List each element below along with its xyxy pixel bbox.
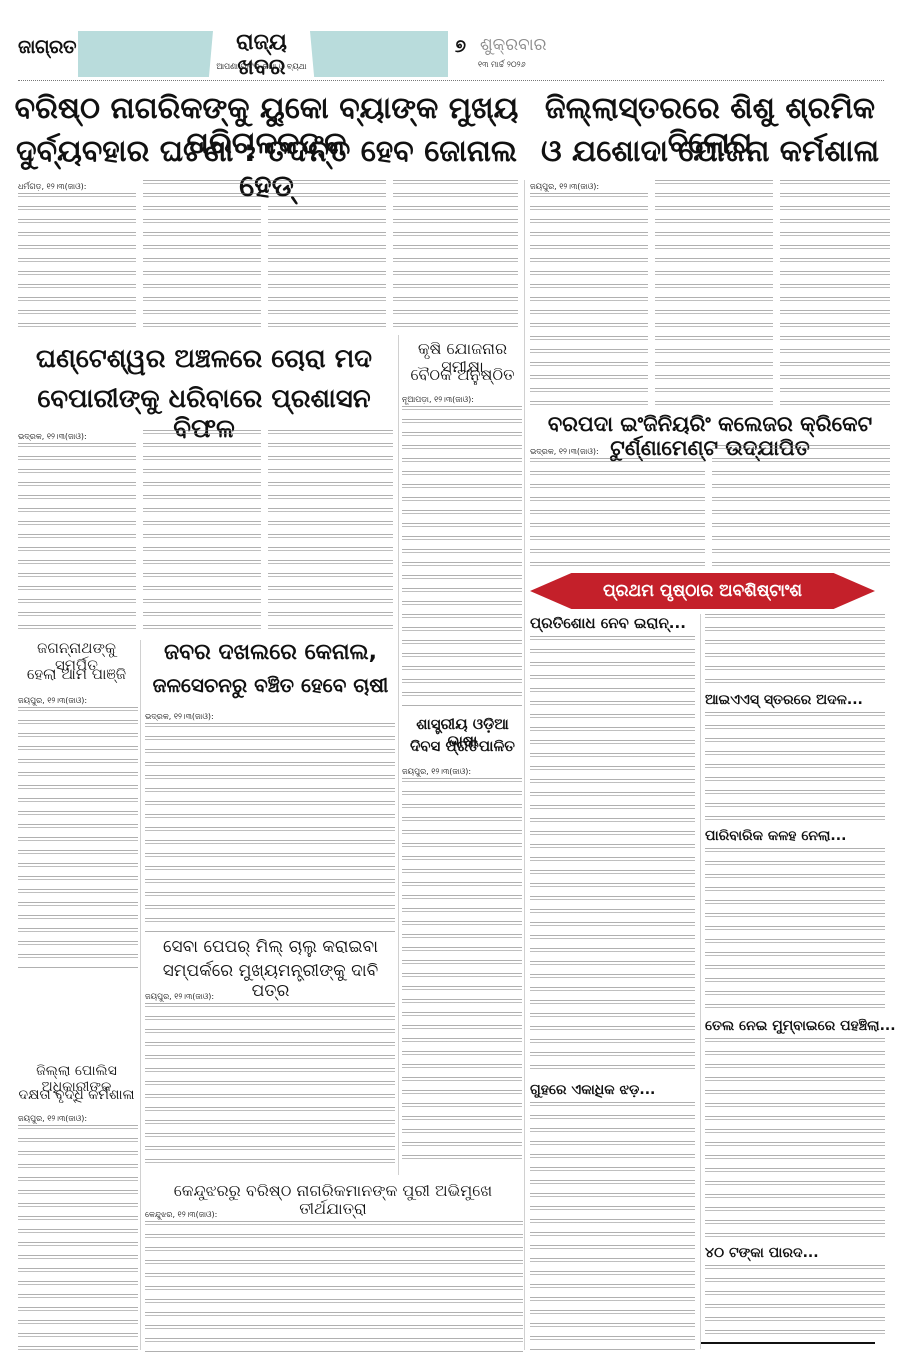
child-labour-headline-line2: ଓ ଯଶୋଦା ଯୋଜନା କର୍ମଶାଳା: [525, 135, 895, 170]
remainder-item-title: ପ୍ରତିଶୋଧ ନେବ ଇରାନ୍...: [530, 614, 686, 632]
article-body-text: [18, 193, 136, 335]
liquor-column-3: [268, 430, 393, 630]
agri-review-column: ନୂଆପଡ଼ା, ୧୨।୩(ଜାଓ):: [402, 393, 522, 708]
liquor-headline-line1: ଘଣ୍ଟେଶ୍ୱର ଅଞ୍ଚଳରେ ଚୋରା ମଦ: [14, 345, 394, 375]
ribbon-label: ପ୍ରଥମ ପୃଷ୍ଠାର ଅବଶିଷ୍ଟାଂଶ: [530, 573, 875, 609]
child-labour-dateline: ଜୟପୁର, ୧୨।୩(ଜାଓ):: [530, 180, 648, 193]
remainder-item-title: ୪୦ ଟଙ୍କା ପାରଦ...: [705, 1245, 819, 1261]
child-labour-column-1: ଜୟପୁର, ୧୨।୩(ଜାଓ):: [530, 180, 648, 410]
pilgrimage-column: କେନ୍ଦୁଝର, ୧୨।୩(ଜାଓ):: [145, 1208, 523, 1353]
paper-mill-headline-line1: ସେବା ପେପର୍ ମିଲ୍ ଚାଲୁ କରାଇବା: [143, 938, 398, 958]
cricket-column-2: [712, 445, 890, 567]
agri-review-headline-line2: ବୈଠକ ଅନୁଷ୍ଠିତ: [400, 366, 525, 384]
masthead: ଜାଗ୍ରତ ଓଡ଼ିଶା ରାଜ୍ୟ ଖବର ଆପଣା ମାଟିର କଥା ଓ…: [0, 28, 900, 78]
remainder-item-body: [530, 636, 695, 1076]
odia-language-column: ଜୟପୁର, ୧୨।୩(ଜାଓ):: [402, 765, 522, 1165]
front-page-remainder-ribbon: ପ୍ରଥମ ପୃଷ୍ଠାର ଅବଶିଷ୍ଟାଂଶ: [530, 573, 875, 609]
ucobank-column-3: [268, 180, 386, 335]
section-title: ରାଜ୍ୟ ଖବର: [213, 30, 310, 80]
remainder-item-body: [705, 614, 885, 690]
liquor-column-1: ଭଦ୍ରକ, ୧୨।୩(ଜାଓ):: [18, 430, 136, 630]
canal-headline-line2: ଜଳସେଚନରୁ ବଞ୍ଚିତ ହେବେ ଚାଷୀ: [143, 674, 398, 697]
column-divider: [398, 335, 399, 1175]
section-tagline: ଆପଣା ମାଟିର କଥା ଓ ବ୍ୟଥା: [213, 62, 310, 72]
article-body-text: [145, 723, 395, 932]
paper-mill-dateline: ଜୟପୁର, ୧୨।୩(ଜାଓ):: [145, 990, 395, 1003]
article-body-text: [530, 193, 648, 410]
canal-headline-line1: ଜବର ଦଖଲରେ କେନାଲ,: [143, 640, 398, 665]
remainder-item-body: [705, 1265, 885, 1337]
paper-mill-column: ଜୟପୁର, ୧୨।୩(ଜାଓ):: [145, 990, 395, 1172]
police-workshop-column: ଜୟପୁର, ୧୨।୩(ଜାଓ):: [18, 1112, 138, 1352]
issue-day: ଶୁକ୍ରବାର: [480, 35, 546, 55]
odia-language-dateline: ଜୟପୁର, ୧୨।୩(ଜାଓ):: [402, 765, 522, 778]
remainder-item-title: ପାରିବାରିକ କଳହ ନେଲା...: [705, 828, 846, 844]
remainder-item-title: ଗୁହରେ ଏକାଧିକ ଝଡ଼...: [530, 1082, 655, 1098]
ucobank-column-2: [143, 180, 261, 335]
liquor-column-2: [143, 430, 261, 630]
ucobank-dateline: ଧର୍ମଗଡ଼, ୧୨।୩(ଜାଓ):: [18, 180, 136, 193]
liquor-dateline: ଭଦ୍ରକ, ୧୨।୩(ଜାଓ):: [18, 430, 136, 443]
pilgrimage-dateline: କେନ୍ଦୁଝର, ୧୨।୩(ଜାଓ):: [145, 1208, 523, 1221]
cricket-column-1: ଭଦ୍ରକ, ୧୨।୩(ଜାଓ):: [530, 445, 705, 567]
article-body-text: [402, 778, 522, 1165]
cricket-dateline: ଭଦ୍ରକ, ୧୨।୩(ଜାଓ):: [530, 445, 705, 458]
jagannath-headline-line2: ହେଲା ଆମ ପାଞ୍ଜି: [14, 666, 139, 683]
remainder-item-body: [705, 712, 885, 822]
police-workshop-headline-line2: ଦକ୍ଷତା ବୃଦ୍ଧି କର୍ମଶାଳା: [14, 1087, 139, 1103]
child-labour-column-3: [780, 180, 890, 410]
jagannath-dateline: ଜୟପୁର, ୧୨।୩(ଜାଓ):: [18, 694, 138, 707]
article-body-text: [402, 406, 522, 708]
column-divider: [524, 180, 525, 1350]
masthead-band-left: [78, 31, 213, 77]
masthead-band-right: [310, 31, 448, 77]
article-body-text: [18, 443, 136, 630]
ucobank-column-1: ଧର୍ମଗଡ଼, ୧୨।୩(ଜାଓ):: [18, 180, 136, 335]
article-body-text: [145, 1221, 523, 1353]
police-workshop-dateline: ଜୟପୁର, ୧୨।୩(ଜାଓ):: [18, 1112, 138, 1125]
odia-language-headline-line2: ଦିବସ ପ୍ରତିପାଳିତ: [400, 738, 525, 755]
remainder-item-body: [705, 1038, 885, 1238]
page-end-rule: [700, 1342, 875, 1344]
child-labour-column-2: [655, 180, 773, 410]
article-body-text: [18, 1125, 138, 1352]
column-divider: [700, 614, 701, 1349]
article-body-text: [530, 458, 705, 567]
article-body-text: [145, 1003, 395, 1172]
remainder-item-body: [530, 1102, 695, 1352]
page-number: ୭: [455, 36, 466, 57]
remainder-item-title: ତେଲ ନେଇ ମୁମ୍ବାଇରେ ପହଞ୍ଚିଲା...: [705, 1018, 896, 1034]
remainder-item-body: [705, 848, 885, 1013]
masthead-divider: [18, 80, 884, 81]
agri-review-dateline: ନୂଆପଡ଼ା, ୧୨।୩(ଜାଓ):: [402, 393, 522, 406]
canal-dateline: ଭଦ୍ରକ, ୧୨।୩(ଜାଓ):: [145, 710, 395, 723]
ucobank-column-4: [393, 180, 518, 335]
column-divider: [140, 640, 141, 1350]
article-body-text: [18, 707, 138, 969]
issue-date: ୧୩ ମାର୍ଚ୍ଚ ୨୦୨୬: [478, 60, 526, 70]
remainder-item-title: ଆଇଏଏସ୍ ସ୍ତରରେ ଅଦଳ...: [705, 692, 863, 708]
canal-column: ଭଦ୍ରକ, ୧୨।୩(ଜାଓ):: [145, 710, 395, 932]
jagannath-column: ଜୟପୁର, ୧୨।୩(ଜାଓ):: [18, 694, 138, 969]
